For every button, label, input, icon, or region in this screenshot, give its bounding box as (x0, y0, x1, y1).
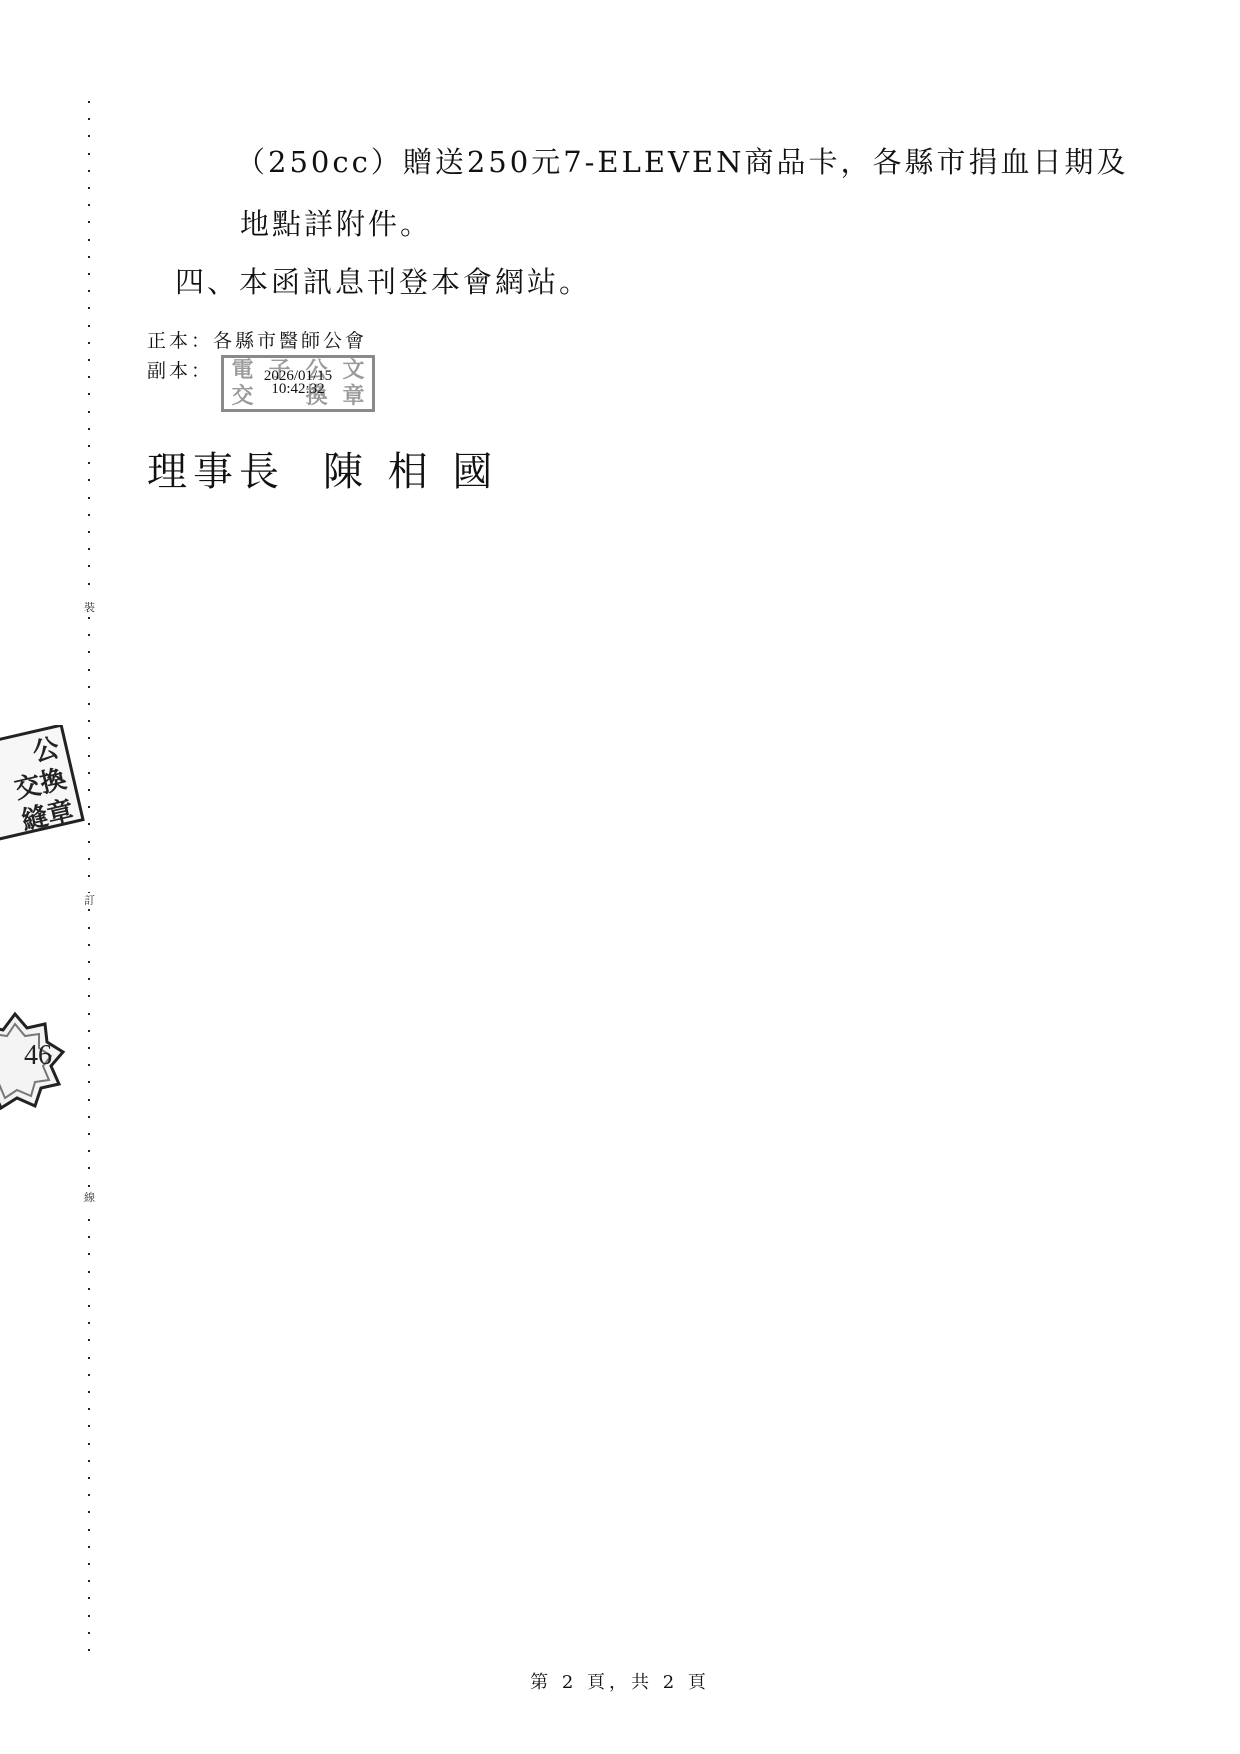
signatory-title: 理事長 (147, 449, 285, 495)
binding-dot (88, 651, 90, 653)
binding-dot (88, 686, 90, 688)
binding-dot (88, 290, 90, 292)
binding-dot (88, 1529, 90, 1531)
binding-dot (88, 995, 90, 997)
binding-dot (88, 617, 90, 619)
binding-dot (88, 170, 90, 172)
binding-dot (88, 325, 90, 327)
binding-dot (88, 135, 90, 137)
binding-dot (88, 1374, 90, 1376)
copy-recipient: 副本： (147, 356, 213, 383)
seam-seal-char: 換 (37, 764, 69, 799)
binding-dot (88, 153, 90, 155)
binding-dot (88, 497, 90, 499)
binding-dot (88, 342, 90, 344)
binding-dot (88, 978, 90, 980)
binding-dot (88, 961, 90, 963)
binding-dot (88, 583, 90, 585)
binding-dot (88, 1425, 90, 1427)
body-line-2: 地點詳附件。 (240, 202, 432, 243)
binding-dot (88, 1236, 90, 1238)
binding-dot (88, 634, 90, 636)
copy-label: 副本： (147, 360, 213, 382)
binding-dot (88, 118, 90, 120)
binding-dot (88, 531, 90, 533)
binding-dot (88, 1133, 90, 1135)
binding-dot (88, 1580, 90, 1582)
body-line-1: （250cc）贈送250元7-ELEVEN商品卡，各縣市捐血日期及 (236, 140, 1129, 181)
binding-dot (88, 1305, 90, 1307)
binding-dot (88, 1322, 90, 1324)
original-label: 正本： (147, 330, 213, 352)
binding-dot (88, 479, 90, 481)
binding-dot (88, 1649, 90, 1651)
binding-dot (88, 858, 90, 860)
binding-dot (88, 720, 90, 722)
binding-dot (88, 1271, 90, 1273)
binding-dot (88, 101, 90, 103)
binding-dot (88, 273, 90, 275)
binding-dot (88, 1099, 90, 1101)
binding-label-zhuang: 裝 (84, 600, 95, 616)
binding-dot (88, 1477, 90, 1479)
binding-dot (88, 307, 90, 309)
binding-dot (88, 411, 90, 413)
body-item-4: 四、本函訊息刊登本會網站。 (175, 260, 591, 301)
binding-dot (88, 944, 90, 946)
binding-dot (88, 445, 90, 447)
binding-dot (88, 1563, 90, 1565)
binding-dot (88, 428, 90, 430)
binding-dot (88, 1546, 90, 1548)
binding-label-ding: 訂 (84, 893, 95, 909)
binding-dot (88, 1632, 90, 1634)
binding-dot (88, 187, 90, 189)
binding-dot (88, 221, 90, 223)
stamp-time: 10:42:32 (224, 383, 372, 396)
binding-dot (88, 1288, 90, 1290)
binding-dot (88, 1460, 90, 1462)
page-seal-number: 46 (24, 1040, 52, 1072)
binding-dot (88, 1408, 90, 1410)
page-seal-star: 46 (0, 1010, 75, 1110)
binding-dot (88, 1167, 90, 1169)
binding-dot (88, 256, 90, 258)
binding-dot (88, 239, 90, 241)
binding-dot (88, 548, 90, 550)
seam-seal-char: 章 (44, 796, 76, 831)
binding-dot (88, 1013, 90, 1015)
binding-dot (88, 462, 90, 464)
binding-dotted-line (88, 101, 91, 1671)
seam-seal-stamp: 公 交換 縫章 (0, 725, 90, 845)
page-indicator: 第 2 頁，共 2 頁 (0, 1668, 1240, 1694)
binding-dot (88, 1511, 90, 1513)
signatory-name: 陳 相 國 (323, 449, 498, 495)
binding-dot (88, 204, 90, 206)
binding-dot (88, 514, 90, 516)
binding-dot (88, 565, 90, 567)
binding-dot (88, 1081, 90, 1083)
binding-dot (88, 393, 90, 395)
binding-label-xian: 線 (84, 1190, 95, 1206)
binding-dot (88, 376, 90, 378)
binding-dot (88, 1339, 90, 1341)
original-value: 各縣市醫師公會 (213, 330, 367, 352)
binding-dot (88, 1357, 90, 1359)
binding-dot (88, 1615, 90, 1617)
binding-dot (88, 1150, 90, 1152)
binding-dot (88, 1030, 90, 1032)
binding-dot (88, 909, 90, 911)
binding-dot (88, 1185, 90, 1187)
binding-dot (88, 1443, 90, 1445)
signature-block: 理事長陳 相 國 (147, 440, 498, 497)
binding-dot (88, 1391, 90, 1393)
binding-dot (88, 875, 90, 877)
binding-dot (88, 359, 90, 361)
binding-dot (88, 1597, 90, 1599)
binding-dot (88, 1116, 90, 1118)
seam-seal-char: 公 (30, 733, 62, 768)
binding-dot (88, 703, 90, 705)
binding-dot (88, 1494, 90, 1496)
binding-dot (88, 669, 90, 671)
binding-dot (88, 927, 90, 929)
binding-dot (88, 1219, 90, 1221)
binding-dot (88, 1047, 90, 1049)
binding-dot (88, 1064, 90, 1066)
electronic-document-exchange-stamp: 電 子 公 文 交 換 章 2026/01/15 10:42:32 (221, 355, 375, 412)
binding-dot (88, 1253, 90, 1255)
original-recipient: 正本：各縣市醫師公會 (147, 326, 367, 353)
